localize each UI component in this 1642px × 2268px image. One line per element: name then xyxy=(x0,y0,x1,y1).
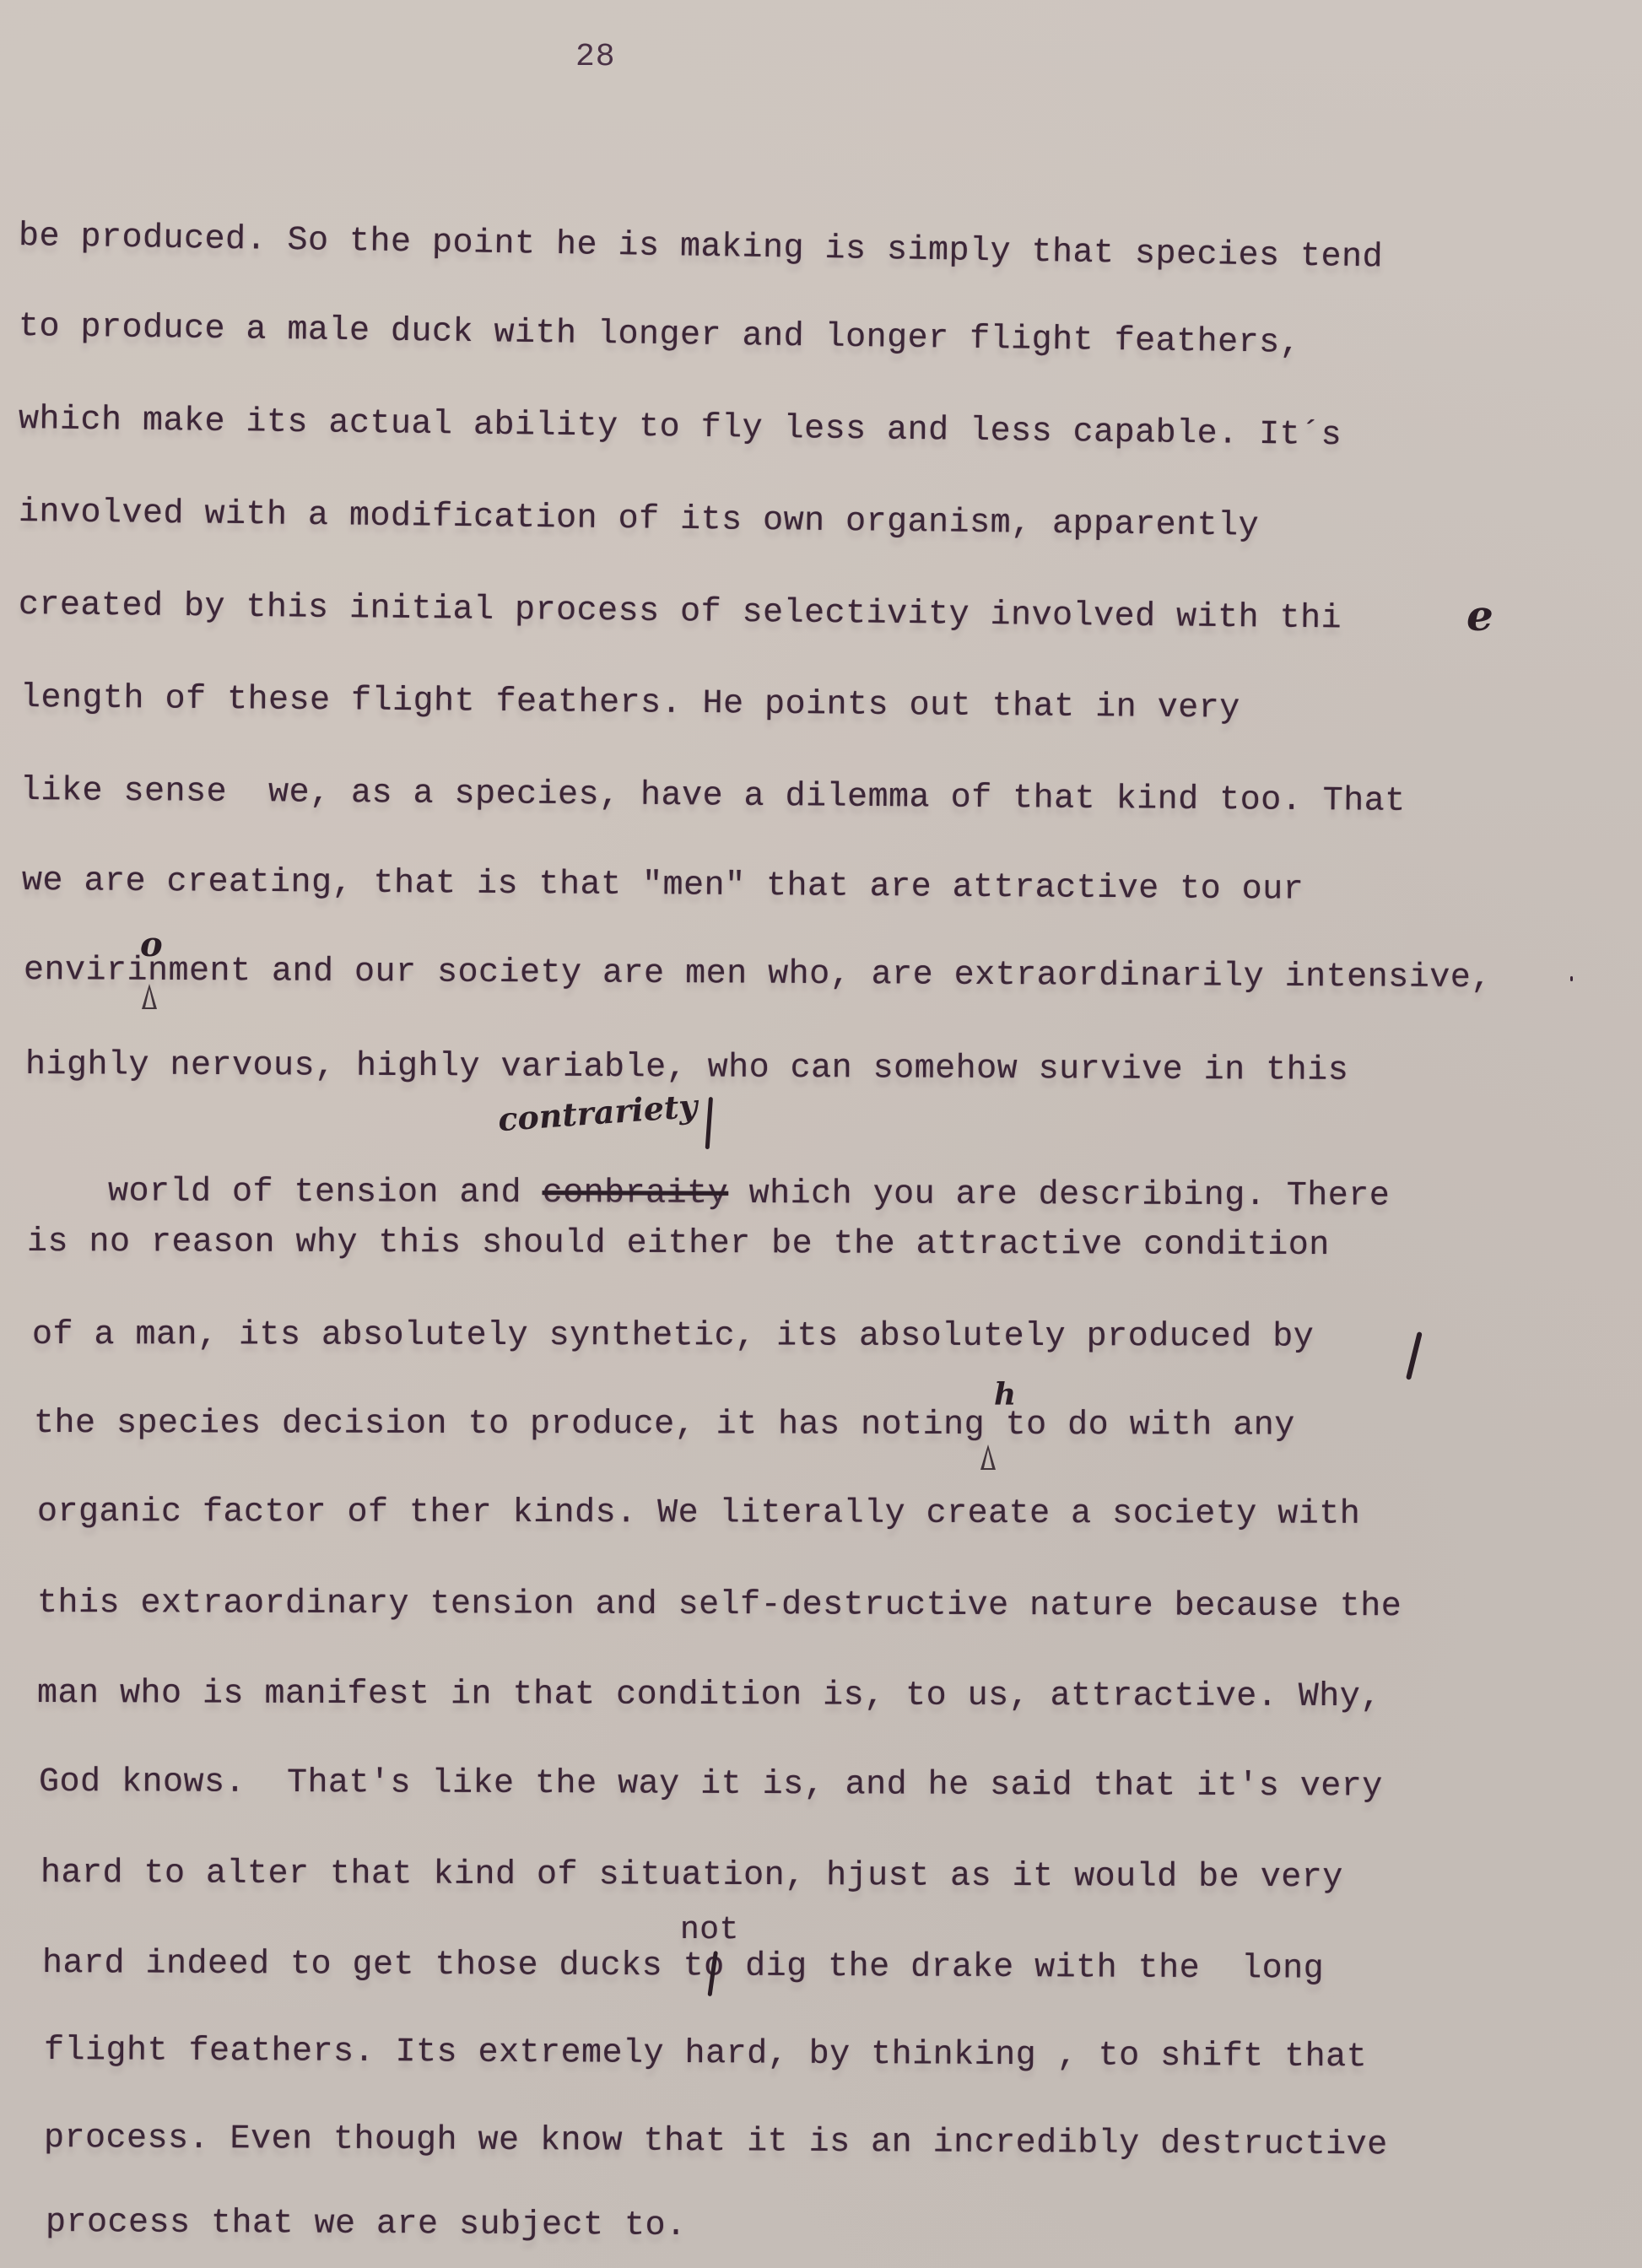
text-line: to produce a male duck with longer and l… xyxy=(19,308,1301,363)
insertion-caret-icon xyxy=(142,984,157,1009)
text-line: is no reason why this should either be t… xyxy=(27,1223,1330,1265)
text-line: of a man, its absolutely synthetic, its … xyxy=(32,1316,1314,1357)
text-line: hard to alter that kind of situation, hj… xyxy=(41,1855,1343,1897)
text-line: process. Even though we know that it is … xyxy=(44,2119,1388,2164)
typewritten-page: 28 be produced. So the point he is makin… xyxy=(0,0,1642,2268)
handwritten-contrariety: contrariety xyxy=(497,1087,699,1138)
page-number: 28 xyxy=(575,39,616,75)
text-line: length of these flight feathers. He poin… xyxy=(20,679,1240,728)
ink-speck xyxy=(1570,976,1573,981)
text-line: envirinment and our society are men who,… xyxy=(24,952,1492,997)
text-line: created by this initial process of selec… xyxy=(19,586,1342,638)
text-line: like sense we, as a species, have a dile… xyxy=(20,772,1406,821)
text-line: involved with a modification of its own … xyxy=(19,494,1260,546)
text-line: which make its actual ability to fly les… xyxy=(19,401,1342,455)
handwritten-stroke-y xyxy=(1406,1331,1423,1380)
handwritten-overwrite-e: e xyxy=(1466,591,1493,640)
text-line: this extraordinary tension and self-dest… xyxy=(37,1585,1402,1626)
insertion-caret-icon xyxy=(980,1444,996,1470)
text-line: man who is manifest in that condition is… xyxy=(37,1675,1381,1716)
text-line: organic factor of ther kinds. We literal… xyxy=(37,1493,1360,1534)
text-line: the species decision to produce, it has … xyxy=(34,1405,1295,1445)
struck-word: conbraity xyxy=(543,1174,729,1213)
text-line: process that we are subject to. xyxy=(46,2204,687,2245)
text-line: God knows. That's like the way it is, an… xyxy=(39,1763,1383,1806)
text-line: be produced. So the point he is making i… xyxy=(19,218,1384,277)
text-line: hard indeed to get those ducks to dig th… xyxy=(42,1945,1324,1989)
text-line: flight feathers. Its extremely hard, by … xyxy=(44,2032,1367,2076)
text-line: highly nervous, highly variable, who can… xyxy=(25,1046,1348,1090)
text-line: we are creating, that is that "men" that… xyxy=(22,862,1304,910)
handwritten-insert-h: h xyxy=(994,1377,1016,1412)
text-segment: world of tension and xyxy=(108,1173,543,1212)
handwritten-insert-not: not xyxy=(680,1912,739,1948)
handwritten-insert-o: o xyxy=(140,925,163,964)
text-segment: which you are describing. There xyxy=(728,1175,1390,1216)
